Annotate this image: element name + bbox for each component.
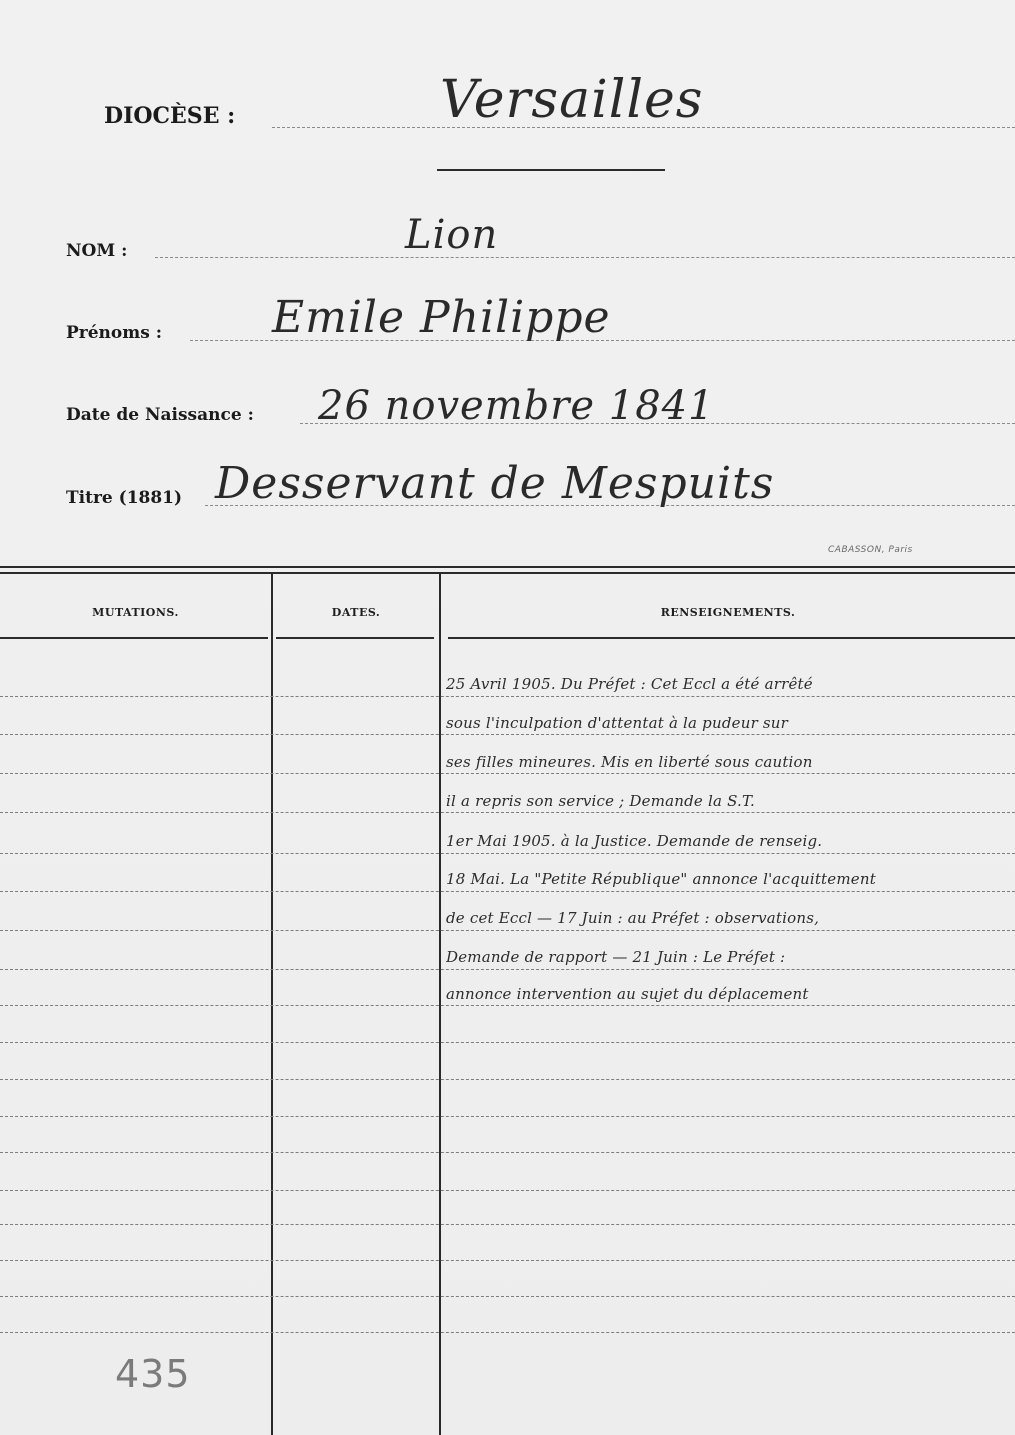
column-header-dates: DATES. (273, 606, 439, 619)
prenoms-value: Emile Philippe (272, 292, 611, 343)
separator-underline (437, 169, 665, 171)
titre-label: Titre (1881) (66, 488, 182, 508)
ruled-line (0, 930, 1015, 931)
ruled-line (0, 1152, 1015, 1153)
diocese-label: DIOCÈSE : (104, 103, 235, 129)
header-underline-renseignements (448, 637, 1015, 639)
printer-mark: CABASSON, Paris (828, 545, 913, 555)
renseignement-line: annonce intervention au sujet du déplace… (446, 985, 1011, 1003)
column-header-mutations: MUTATIONS. (0, 606, 271, 619)
ruled-line (0, 1005, 1015, 1006)
nom-dotted-line (155, 257, 1015, 258)
table-top-rule (0, 566, 1015, 568)
column-header-renseignements: RENSEIGNEMENTS. (441, 606, 1015, 619)
pencil-number-annotation: 435 (115, 1352, 191, 1396)
diocese-value: Versailles (440, 70, 703, 130)
ruled-line (0, 1332, 1015, 1333)
renseignement-line: de cet Eccl — 17 Juin : au Préfet : obse… (446, 909, 1011, 927)
ruled-line (0, 812, 1015, 813)
column-divider-2 (439, 573, 441, 1435)
ruled-line (0, 1079, 1015, 1080)
ruled-line (0, 1042, 1015, 1043)
prenoms-label: Prénoms : (66, 323, 162, 343)
ruled-line (0, 1224, 1015, 1225)
renseignement-line: ses filles mineures. Mis en liberté sous… (446, 753, 1011, 771)
ruled-line (0, 773, 1015, 774)
titre-value: Desservant de Mespuits (215, 458, 774, 509)
nom-label: NOM : (66, 241, 127, 261)
renseignement-line: il a repris son service ; Demande la S.T… (446, 792, 1011, 810)
date-naissance-value: 26 novembre 1841 (318, 383, 715, 429)
nom-value: Lion (405, 212, 498, 258)
renseignement-line: 18 Mai. La "Petite République" annonce l… (446, 870, 1011, 888)
ruled-line (0, 696, 1015, 697)
renseignement-line: Demande de rapport — 21 Juin : Le Préfet… (446, 948, 1011, 966)
ruled-line (0, 891, 1015, 892)
renseignement-line: 25 Avril 1905. Du Préfet : Cet Eccl a ét… (446, 675, 1011, 693)
ruled-line (0, 1190, 1015, 1191)
column-divider-1 (271, 573, 273, 1435)
table-top-rule-2 (0, 572, 1015, 574)
ruled-line (0, 1260, 1015, 1261)
index-card: DIOCÈSE : Versailles NOM : Lion Prénoms … (0, 0, 1015, 1435)
ruled-line (0, 969, 1015, 970)
renseignement-line: 1er Mai 1905. à la Justice. Demande de r… (446, 832, 1011, 850)
ruled-line (0, 853, 1015, 854)
ruled-line (0, 1296, 1015, 1297)
renseignement-line: sous l'inculpation d'attentat à la pudeu… (446, 714, 1011, 732)
header-underline-mutations (0, 637, 268, 639)
ruled-line (0, 1116, 1015, 1117)
ruled-line (0, 734, 1015, 735)
header-underline-dates (276, 637, 434, 639)
date-naissance-label: Date de Naissance : (66, 405, 254, 425)
